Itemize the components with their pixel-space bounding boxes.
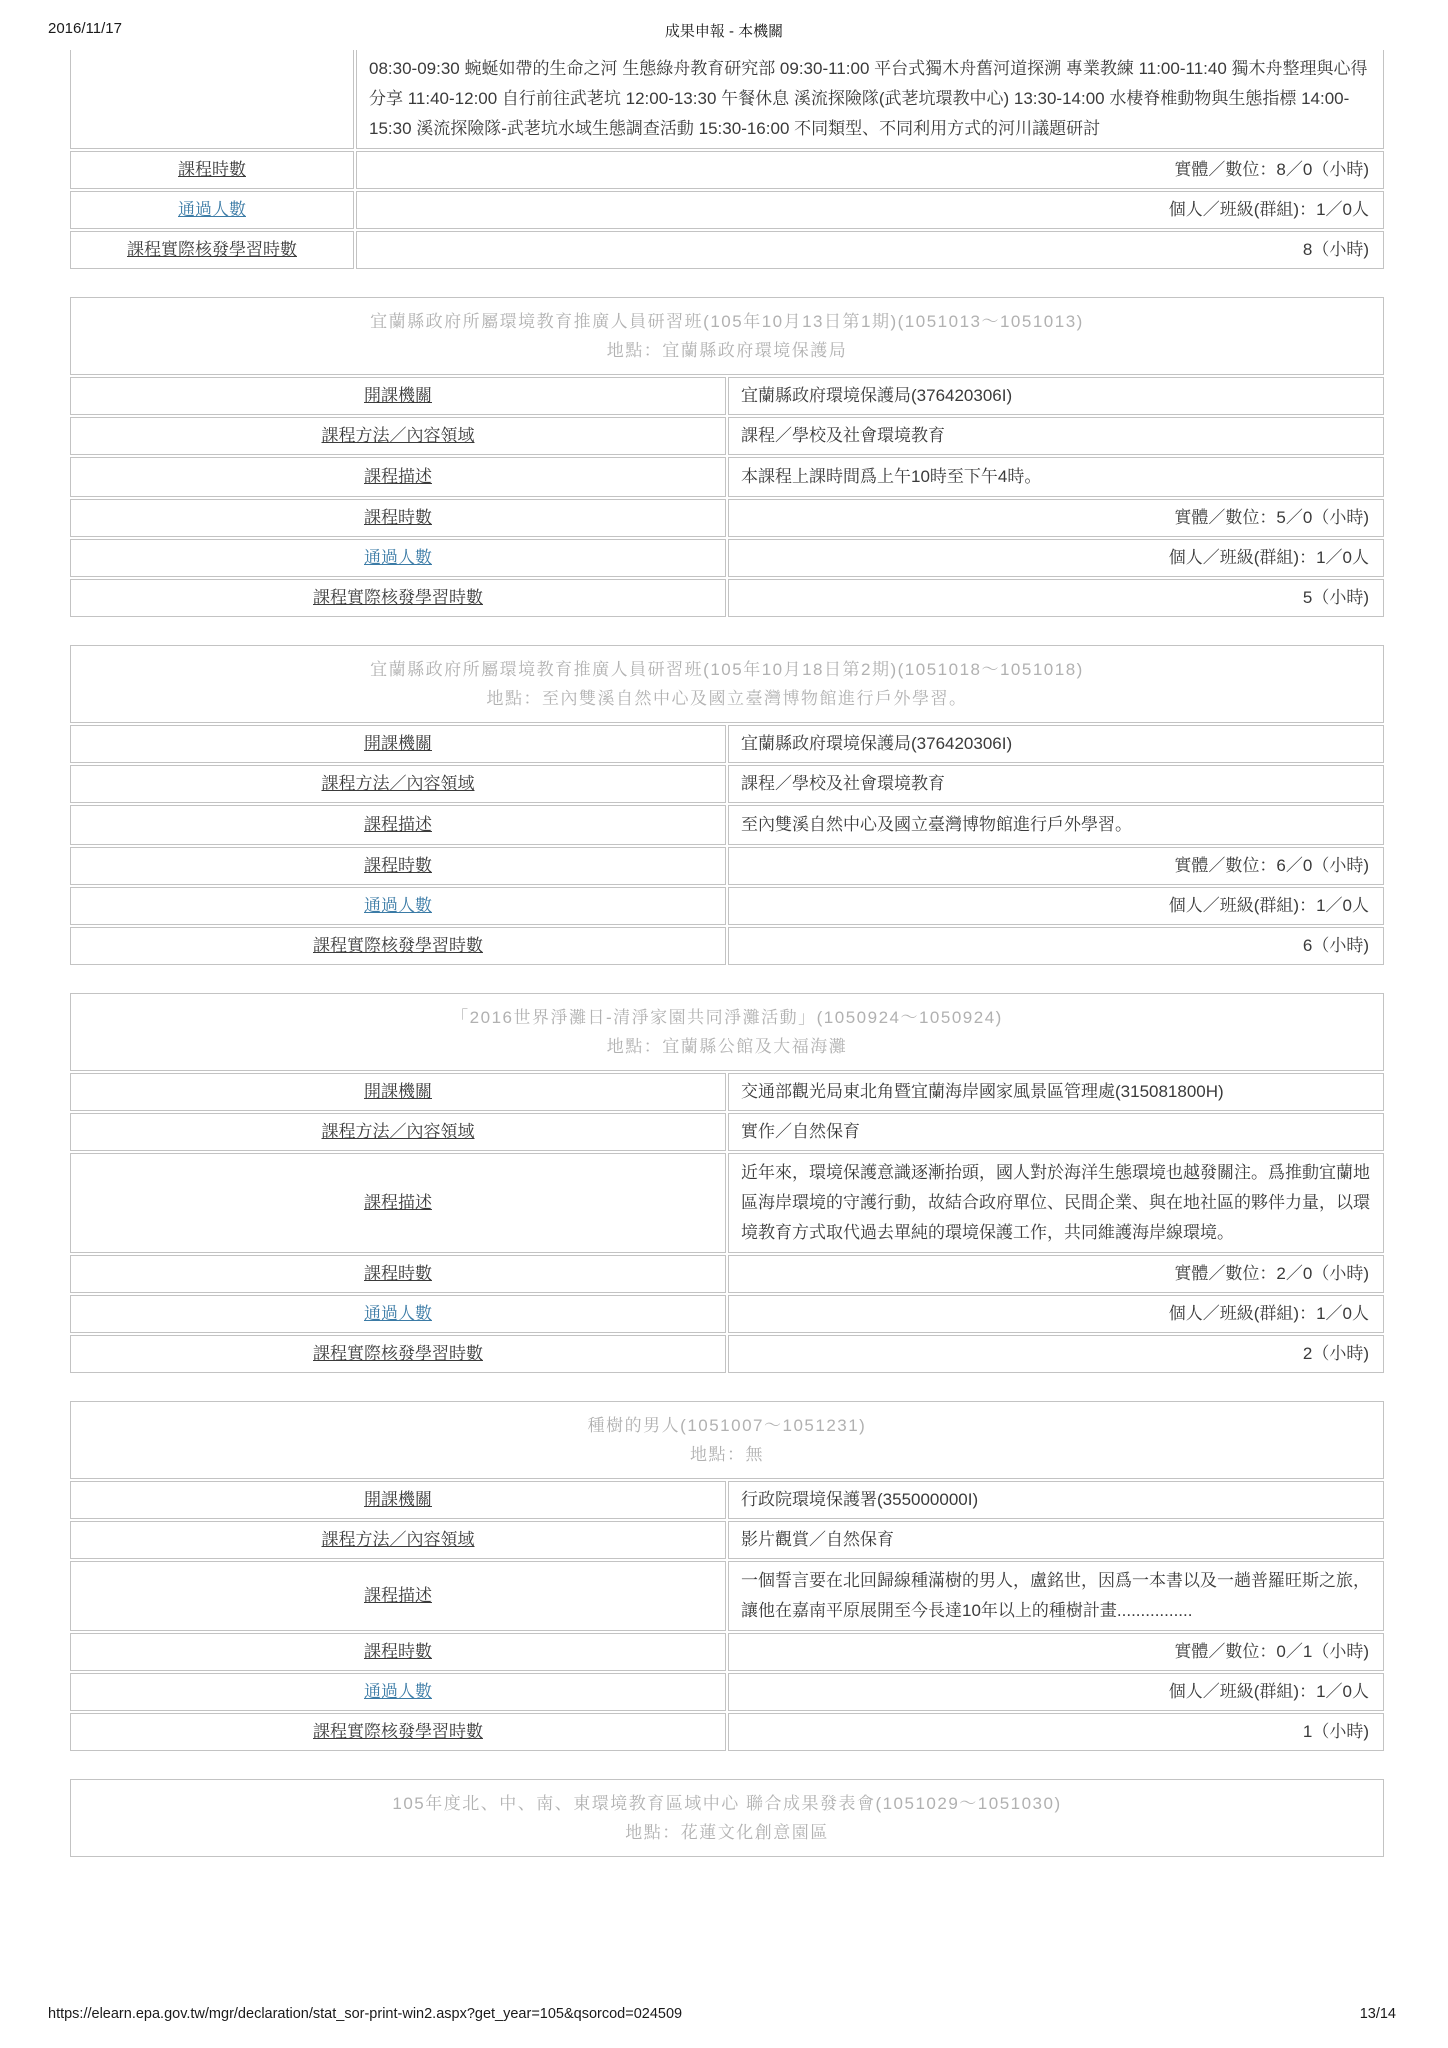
table-row: 宜蘭縣政府所屬環境教育推廣人員研習班(105年10月18日第2期)(105101…: [70, 645, 1384, 723]
passed-count-link[interactable]: 通過人數: [364, 548, 432, 567]
method-value: 影片觀賞／自然保育: [728, 1521, 1384, 1559]
method-value: 課程／學校及社會環境教育: [728, 417, 1384, 455]
report-content: 08:30-09:30 蜿蜒如帶的生命之河 生態綠舟教育研究部 09:30-11…: [68, 48, 1386, 1859]
course-description-value: 08:30-09:30 蜿蜒如帶的生命之河 生態綠舟教育研究部 09:30-11…: [356, 50, 1384, 149]
table-row: 課程方法／內容領域 課程／學校及社會環境教育: [70, 417, 1384, 455]
table-row: 105年度北、中、南、東環境教育區域中心 聯合成果發表會(1051029～105…: [70, 1779, 1384, 1857]
table-row: 開課機關 行政院環境保護署(355000000I): [70, 1481, 1384, 1519]
passed-count-value: 個人／班級(群組)：1／0人: [728, 1295, 1384, 1333]
table-row: 課程時數 實體／數位：6／0（小時): [70, 847, 1384, 885]
continued-course-table: 08:30-09:30 蜿蜒如帶的生命之河 生態綠舟教育研究部 09:30-11…: [68, 48, 1386, 271]
method-value: 課程／學校及社會環境教育: [728, 765, 1384, 803]
section-header: 宜蘭縣政府所屬環境教育推廣人員研習班(105年10月18日第2期)(105101…: [70, 645, 1384, 723]
footer-url: https://elearn.epa.gov.tw/mgr/declaratio…: [48, 2006, 682, 2022]
agency-link[interactable]: 開課機關: [364, 386, 432, 405]
table-row: 開課機關 交通部觀光局東北角暨宜蘭海岸國家風景區管理處(315081800H): [70, 1073, 1384, 1111]
table-row: 開課機關 宜蘭縣政府環境保護局(376420306I): [70, 725, 1384, 763]
course-section-table: 宜蘭縣政府所屬環境教育推廣人員研習班(105年10月13日第1期)(105101…: [68, 295, 1386, 619]
table-row: 課程時數 實體／數位：8／0（小時): [70, 151, 1384, 189]
course-section-table: 種樹的男人(1051007～1051231) 地點：無 開課機關 行政院環境保護…: [68, 1399, 1386, 1753]
issued-hours-link[interactable]: 課程實際核發學習時數: [313, 1722, 483, 1741]
section-location: 地點：至內雙溪自然中心及國立臺灣博物館進行戶外學習。: [81, 684, 1373, 713]
description-link[interactable]: 課程描述: [364, 1586, 432, 1605]
section-title: 「2016世界淨灘日-清淨家園共同淨灘活動」(1050924～1050924): [81, 1003, 1373, 1032]
table-row: 課程描述 近年來，環境保護意識逐漸抬頭，國人對於海洋生態環境也越發關注。爲推動宜…: [70, 1153, 1384, 1253]
issued-hours-link[interactable]: 課程實際核發學習時數: [313, 936, 483, 955]
table-row: 課程時數 實體／數位：0／1（小時): [70, 1633, 1384, 1671]
description-link[interactable]: 課程描述: [364, 815, 432, 834]
page-title: 成果申報 - 本機關: [0, 20, 1448, 41]
issued-hours-link[interactable]: 課程實際核發學習時數: [313, 1344, 483, 1363]
section-title: 宜蘭縣政府所屬環境教育推廣人員研習班(105年10月18日第2期)(105101…: [81, 655, 1373, 684]
table-row: 課程實際核發學習時數 1（小時): [70, 1713, 1384, 1751]
table-row: 課程時數 實體／數位：5／0（小時): [70, 499, 1384, 537]
table-row: 課程實際核發學習時數 5（小時): [70, 579, 1384, 617]
issued-hours-link[interactable]: 課程實際核發學習時數: [313, 588, 483, 607]
course-hours-value: 實體／數位：2／0（小時): [728, 1255, 1384, 1293]
course-hours-link[interactable]: 課程時數: [364, 1264, 432, 1283]
method-link[interactable]: 課程方法／內容領域: [322, 426, 475, 445]
course-section-table: 宜蘭縣政府所屬環境教育推廣人員研習班(105年10月18日第2期)(105101…: [68, 643, 1386, 967]
issued-hours-value: 8（小時): [356, 231, 1384, 269]
course-hours-link[interactable]: 課程時數: [178, 160, 246, 179]
table-row: 通過人數 個人／班級(群組)：1／0人: [70, 1673, 1384, 1711]
section-title: 宜蘭縣政府所屬環境教育推廣人員研習班(105年10月13日第1期)(105101…: [81, 307, 1373, 336]
course-hours-link[interactable]: 課程時數: [364, 508, 432, 527]
agency-link[interactable]: 開課機關: [364, 1082, 432, 1101]
section-location: 地點：宜蘭縣政府環境保護局: [81, 336, 1373, 365]
table-row: 課程實際核發學習時數 6（小時): [70, 927, 1384, 965]
section-location: 地點：花蓮文化創意園區: [81, 1818, 1373, 1847]
agency-link[interactable]: 開課機關: [364, 734, 432, 753]
course-description-value: 近年來，環境保護意識逐漸抬頭，國人對於海洋生態環境也越發關注。爲推動宜蘭地區海岸…: [728, 1153, 1384, 1253]
method-link[interactable]: 課程方法／內容領域: [322, 774, 475, 793]
section-location: 地點：無: [81, 1440, 1373, 1469]
method-value: 實作／自然保育: [728, 1113, 1384, 1151]
course-description-value: 一個誓言要在北回歸線種滿樹的男人，盧銘世，因爲一本書以及一趟普羅旺斯之旅，讓他在…: [728, 1561, 1384, 1631]
course-hours-value: 實體／數位：0／1（小時): [728, 1633, 1384, 1671]
issued-hours-value: 5（小時): [728, 579, 1384, 617]
course-hours-value: 實體／數位：5／0（小時): [728, 499, 1384, 537]
table-row: 08:30-09:30 蜿蜒如帶的生命之河 生態綠舟教育研究部 09:30-11…: [70, 50, 1384, 149]
passed-count-link[interactable]: 通過人數: [364, 1682, 432, 1701]
table-row: 通過人數 個人／班級(群組)：1／0人: [70, 191, 1384, 229]
table-row: 通過人數 個人／班級(群組)：1／0人: [70, 887, 1384, 925]
table-row: 通過人數 個人／班級(群組)：1／0人: [70, 1295, 1384, 1333]
description-link[interactable]: 課程描述: [364, 1193, 432, 1212]
course-section-table: 「2016世界淨灘日-清淨家園共同淨灘活動」(1050924～1050924) …: [68, 991, 1386, 1375]
table-row: 課程描述 本課程上課時間爲上午10時至下午4時。: [70, 457, 1384, 497]
table-row: 種樹的男人(1051007～1051231) 地點：無: [70, 1401, 1384, 1479]
course-section-table-partial: 105年度北、中、南、東環境教育區域中心 聯合成果發表會(1051029～105…: [68, 1777, 1386, 1859]
empty-label-cell: [70, 50, 354, 149]
passed-count-value: 個人／班級(群組)：1／0人: [728, 1673, 1384, 1711]
issued-hours-value: 6（小時): [728, 927, 1384, 965]
table-row: 「2016世界淨灘日-清淨家園共同淨灘活動」(1050924～1050924) …: [70, 993, 1384, 1071]
section-header: 105年度北、中、南、東環境教育區域中心 聯合成果發表會(1051029～105…: [70, 1779, 1384, 1857]
table-row: 課程實際核發學習時數 2（小時): [70, 1335, 1384, 1373]
course-description-value: 至內雙溪自然中心及國立臺灣博物館進行戶外學習。: [728, 805, 1384, 845]
passed-count-link[interactable]: 通過人數: [364, 1304, 432, 1323]
table-row: 通過人數 個人／班級(群組)：1／0人: [70, 539, 1384, 577]
table-row: 課程時數 實體／數位：2／0（小時): [70, 1255, 1384, 1293]
section-title: 105年度北、中、南、東環境教育區域中心 聯合成果發表會(1051029～105…: [81, 1789, 1373, 1818]
section-header: 種樹的男人(1051007～1051231) 地點：無: [70, 1401, 1384, 1479]
table-row: 課程方法／內容領域 實作／自然保育: [70, 1113, 1384, 1151]
passed-count-link[interactable]: 通過人數: [364, 896, 432, 915]
course-hours-value: 實體／數位：6／0（小時): [728, 847, 1384, 885]
agency-value: 行政院環境保護署(355000000I): [728, 1481, 1384, 1519]
course-hours-link[interactable]: 課程時數: [364, 1642, 432, 1661]
section-header: 宜蘭縣政府所屬環境教育推廣人員研習班(105年10月13日第1期)(105101…: [70, 297, 1384, 375]
table-row: 開課機關 宜蘭縣政府環境保護局(376420306I): [70, 377, 1384, 415]
table-row: 課程方法／內容領域 課程／學校及社會環境教育: [70, 765, 1384, 803]
passed-count-value: 個人／班級(群組)：1／0人: [356, 191, 1384, 229]
table-row: 課程方法／內容領域 影片觀賞／自然保育: [70, 1521, 1384, 1559]
method-link[interactable]: 課程方法／內容領域: [322, 1530, 475, 1549]
course-description-value: 本課程上課時間爲上午10時至下午4時。: [728, 457, 1384, 497]
method-link[interactable]: 課程方法／內容領域: [322, 1122, 475, 1141]
course-hours-value: 實體／數位：8／0（小時): [356, 151, 1384, 189]
issued-hours-value: 1（小時): [728, 1713, 1384, 1751]
table-row: 課程描述 至內雙溪自然中心及國立臺灣博物館進行戶外學習。: [70, 805, 1384, 845]
footer-page-number: 13/14: [1360, 2006, 1396, 2022]
issued-hours-value: 2（小時): [728, 1335, 1384, 1373]
section-location: 地點：宜蘭縣公館及大福海灘: [81, 1032, 1373, 1061]
agency-value: 交通部觀光局東北角暨宜蘭海岸國家風景區管理處(315081800H): [728, 1073, 1384, 1111]
passed-count-link[interactable]: 通過人數: [178, 200, 246, 219]
section-header: 「2016世界淨灘日-清淨家園共同淨灘活動」(1050924～1050924) …: [70, 993, 1384, 1071]
agency-value: 宜蘭縣政府環境保護局(376420306I): [728, 377, 1384, 415]
table-row: 宜蘭縣政府所屬環境教育推廣人員研習班(105年10月13日第1期)(105101…: [70, 297, 1384, 375]
course-hours-link[interactable]: 課程時數: [364, 856, 432, 875]
table-row: 課程實際核發學習時數 8（小時): [70, 231, 1384, 269]
table-row: 課程描述 一個誓言要在北回歸線種滿樹的男人，盧銘世，因爲一本書以及一趟普羅旺斯之…: [70, 1561, 1384, 1631]
passed-count-value: 個人／班級(群組)：1／0人: [728, 887, 1384, 925]
agency-link[interactable]: 開課機關: [364, 1490, 432, 1509]
section-title: 種樹的男人(1051007～1051231): [81, 1411, 1373, 1440]
passed-count-value: 個人／班級(群組)：1／0人: [728, 539, 1384, 577]
description-link[interactable]: 課程描述: [364, 467, 432, 486]
agency-value: 宜蘭縣政府環境保護局(376420306I): [728, 725, 1384, 763]
issued-hours-link[interactable]: 課程實際核發學習時數: [127, 240, 297, 259]
